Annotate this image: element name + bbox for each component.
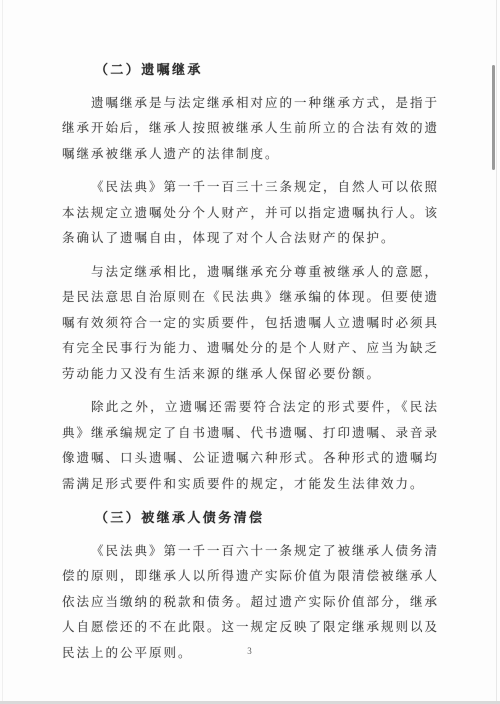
- document-page: （二）遗嘱继承 遗嘱继承是与法定继承相对应的一种继承方式，是指于继承开始后，继承…: [0, 0, 500, 704]
- paragraph: 与法定继承相比，遗嘱继承充分尊重被继承人的意愿，是民法意思自治原则在《民法典》继…: [62, 260, 439, 388]
- paragraph: 《民法典》第一千一百三十三条规定，自然人可以依照本法规定立遗嘱处分个人财产，并可…: [62, 175, 439, 252]
- section-heading-debt-settlement: （三）被继承人债务清偿: [62, 505, 439, 531]
- page-number: 3: [0, 646, 500, 656]
- page-left-edge-line: [2, 0, 3, 704]
- paragraph: 除此之外，立遗嘱还需要符合法定的形式要件，《民法典》继承编规定了自书遗嘱、代书遗…: [62, 395, 439, 497]
- scrollbar-track[interactable]: [496, 0, 497, 701]
- paragraph: 遗嘱继承是与法定继承相对应的一种继承方式，是指于继承开始后，继承人按照被继承人生…: [62, 91, 439, 168]
- section-heading-testamentary-succession: （二）遗嘱继承: [62, 57, 439, 83]
- scrollbar-thumb[interactable]: [492, 65, 495, 170]
- document-content: （二）遗嘱继承 遗嘱继承是与法定继承相对应的一种继承方式，是指于继承开始后，继承…: [62, 57, 439, 674]
